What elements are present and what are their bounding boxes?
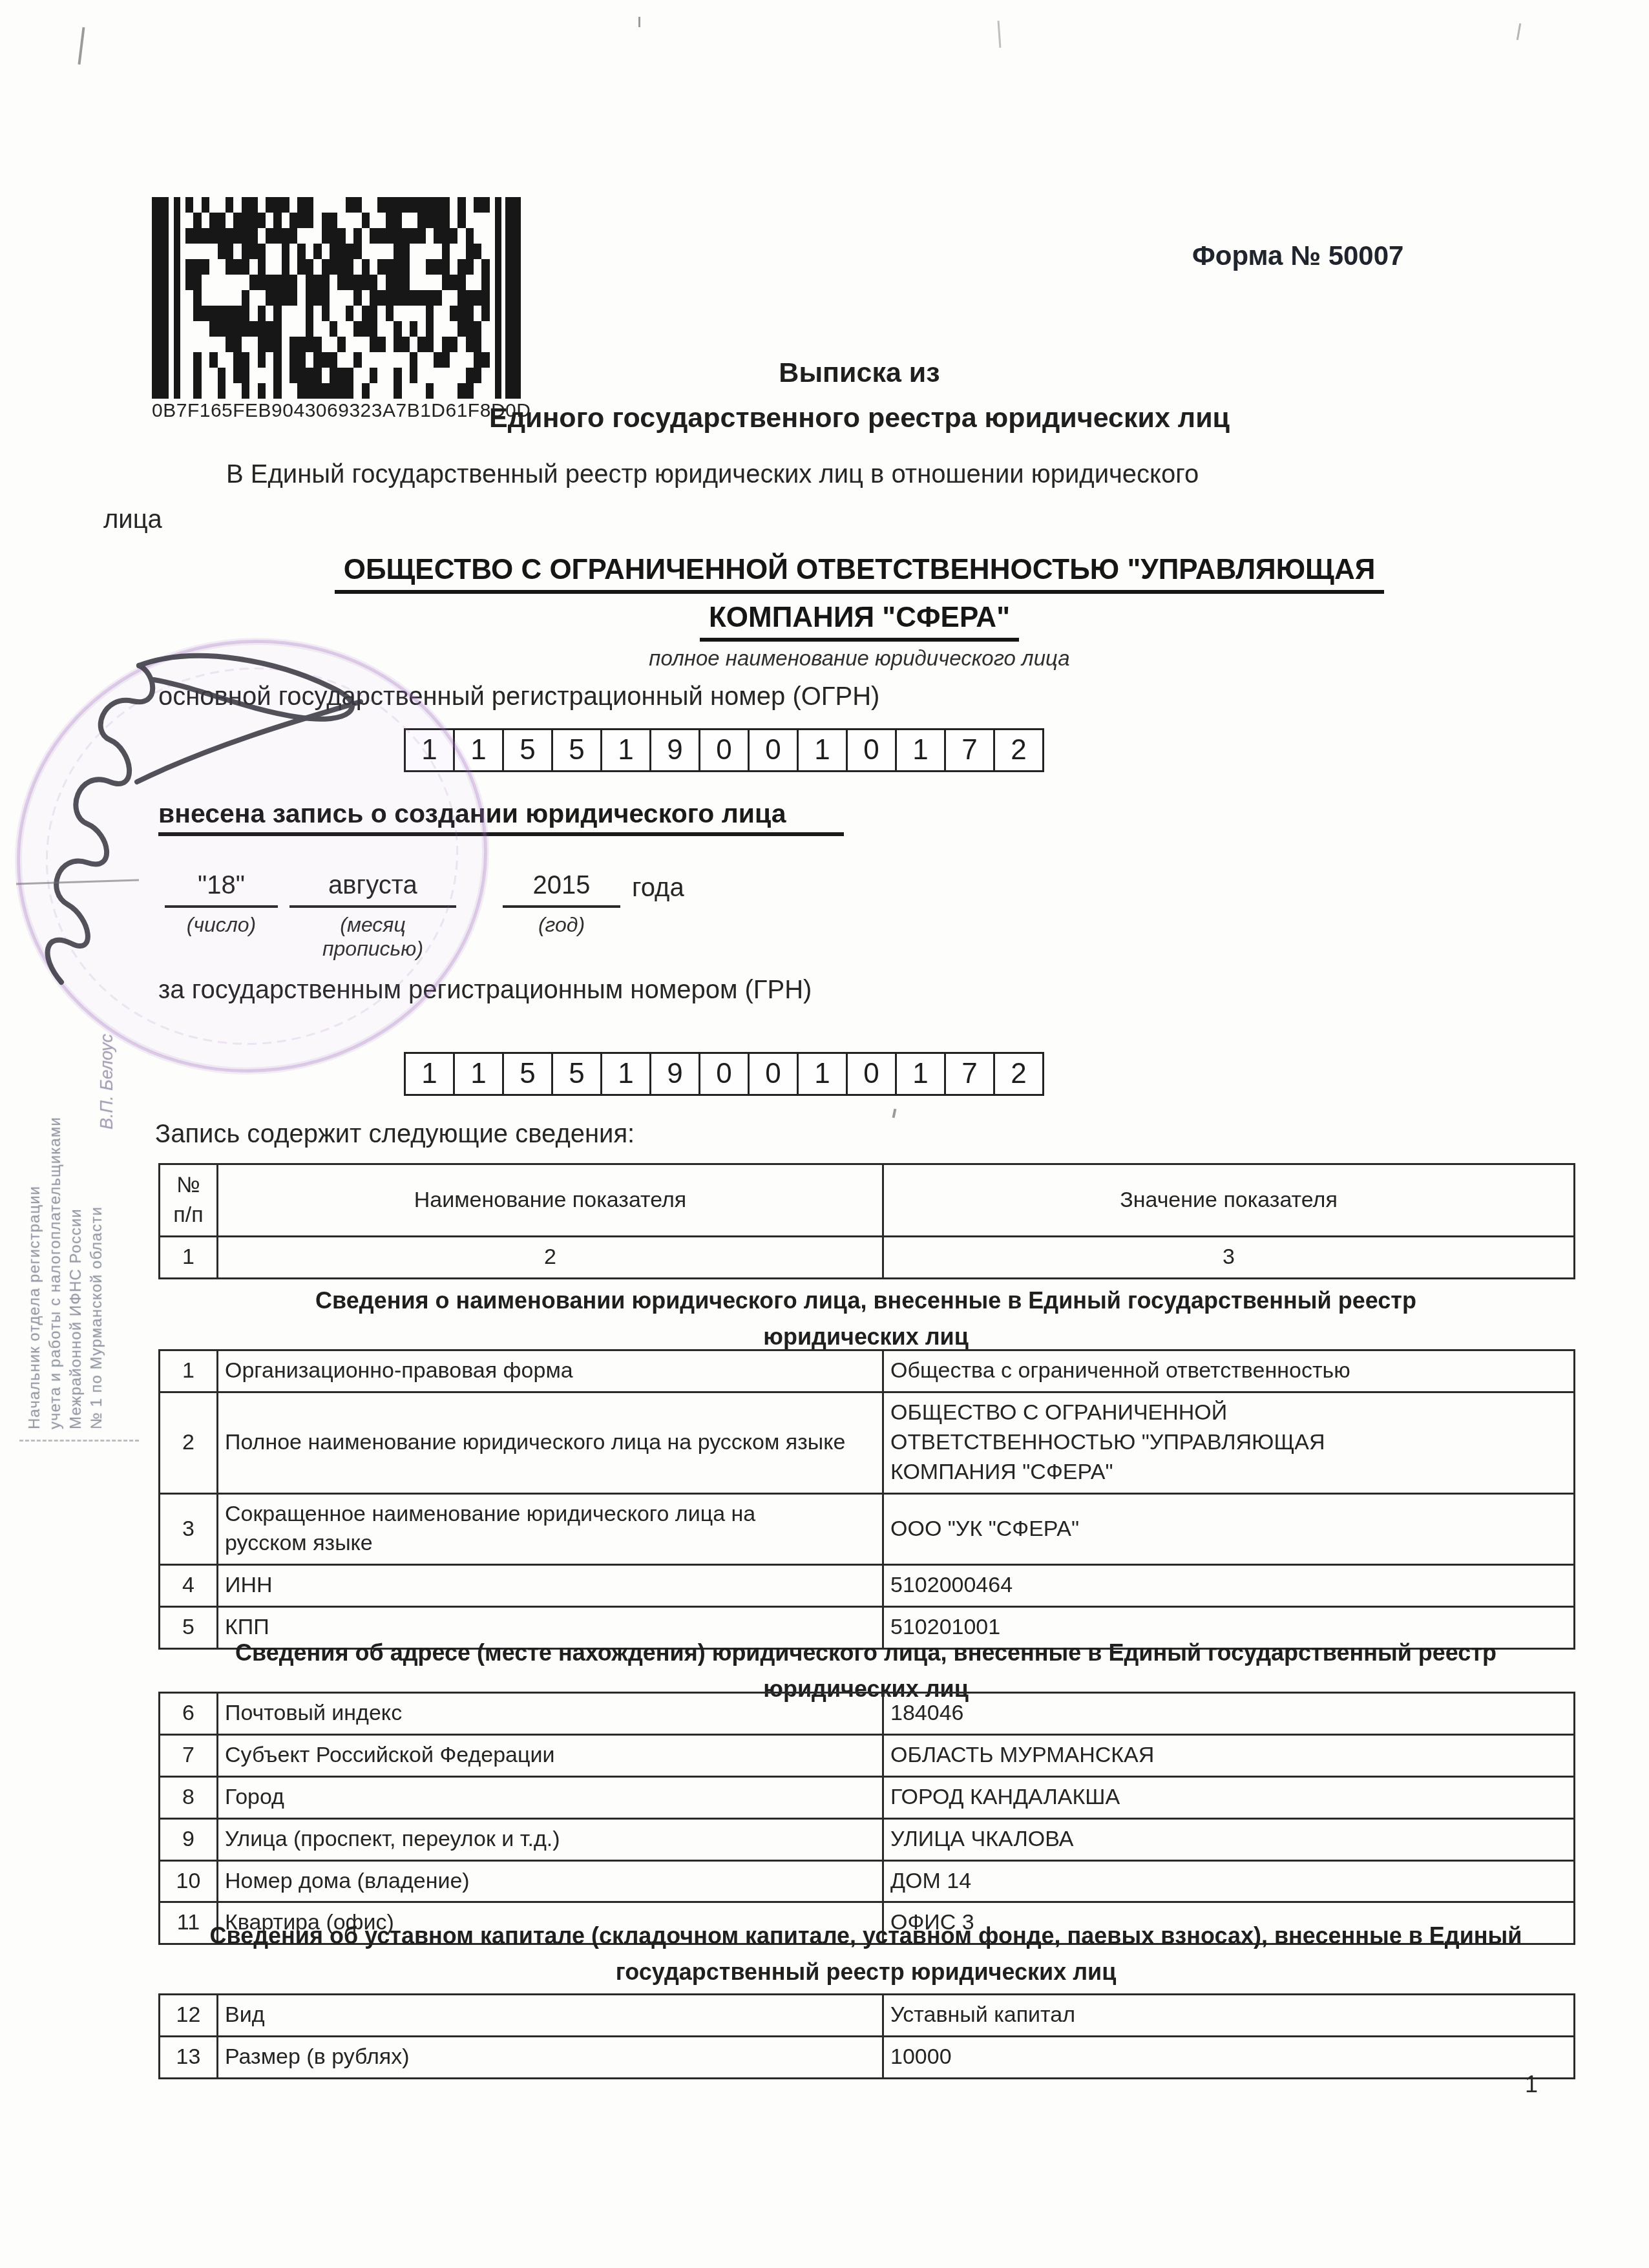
table-row: 6 Почтовый индекс 184046: [160, 1693, 1575, 1735]
digit-cell: 0: [846, 1052, 897, 1096]
stamp-official-name: В.П. Белоус: [97, 1034, 117, 1129]
stamp-text-line1: Начальник отдела регистрации: [26, 1186, 44, 1429]
row-name: Сокращенное наименование юридического ли…: [218, 1493, 883, 1565]
index-cell-3: 3: [883, 1237, 1575, 1279]
digit-cell: 1: [453, 728, 504, 772]
section-heading-name: Сведения о наименовании юридического лиц…: [268, 1283, 1464, 1355]
digit-cell: 5: [502, 728, 553, 772]
record-heading-text: внесена запись о создании юридического л…: [158, 799, 844, 836]
index-cell-1: 1: [160, 1237, 218, 1279]
row-num: 8: [160, 1776, 218, 1818]
row-value: УЛИЦА ЧКАЛОВА: [883, 1818, 1575, 1860]
digit-cell: 1: [797, 1052, 848, 1096]
row-value: 5102000464: [883, 1565, 1575, 1607]
digit-cell: 5: [551, 1052, 602, 1096]
table-row: 12 Вид Уставный капитал: [160, 1995, 1575, 2037]
digit-cell: 1: [404, 728, 455, 772]
date-month: августа: [289, 871, 456, 908]
digit-cell: 1: [404, 1052, 455, 1096]
digit-cell: 0: [698, 1052, 750, 1096]
form-number: Форма № 50007: [1192, 240, 1403, 271]
row-name: Размер (в рублях): [218, 2036, 883, 2078]
table-row: 10 Номер дома (владение) ДОМ 14: [160, 1860, 1575, 1902]
table-index-row: 1 2 3: [160, 1237, 1575, 1279]
document-title: Выписка из Единого государственного реес…: [194, 350, 1525, 441]
row-num: 2: [160, 1392, 218, 1493]
index-cell-2: 2: [218, 1237, 883, 1279]
row-name: Номер дома (владение): [218, 1860, 883, 1902]
table-row: 4 ИНН 5102000464: [160, 1565, 1575, 1607]
row-name: Почтовый индекс: [218, 1693, 883, 1735]
title-line2: Единого государственного реестра юридиче…: [194, 395, 1525, 441]
row-name: Субъект Российской Федерации: [218, 1734, 883, 1776]
header-name-cell: Наименование показателя: [218, 1164, 883, 1237]
digit-cell: 1: [797, 728, 848, 772]
row-num: 9: [160, 1818, 218, 1860]
scanned-document-page: { "form_number": "Форма № 50007", "barco…: [0, 0, 1649, 2268]
date-month-group: августа (месяц прописью): [289, 871, 456, 961]
digit-cell: 9: [649, 728, 700, 772]
header-num-bottom: п/п: [162, 1201, 215, 1230]
records-intro: Запись содержит следующие сведения:: [155, 1120, 635, 1149]
digit-cell: 1: [895, 728, 946, 772]
table-row: 8 Город ГОРОД КАНДАЛАКША: [160, 1776, 1575, 1818]
table-header-row: № п/п Наименование показателя Значение п…: [160, 1164, 1575, 1237]
scan-artifact: [638, 17, 640, 27]
stamp-text-line4: № 1 по Мурманской области: [88, 1206, 106, 1429]
section-table-address: 6 Почтовый индекс 184046 7 Субъект Росси…: [158, 1692, 1575, 1945]
row-num: 3: [160, 1493, 218, 1565]
row-name: Организационно-правовая форма: [218, 1350, 883, 1392]
row-name: Улица (проспект, переулок и т.д.): [218, 1818, 883, 1860]
digit-cell: 0: [748, 728, 799, 772]
table-row: 7 Субъект Российской Федерации ОБЛАСТЬ М…: [160, 1734, 1575, 1776]
grn-digit-boxes: 1155190010172: [404, 1052, 1044, 1096]
digit-cell: 5: [502, 1052, 553, 1096]
ogrn-digit-boxes: 1155190010172: [404, 728, 1044, 772]
date-day-group: "18" (число): [165, 871, 278, 937]
company-name: ОБЩЕСТВО С ОГРАНИЧЕННОЙ ОТВЕТСТВЕННОСТЬЮ…: [129, 546, 1590, 642]
section-heading-capital: Сведения об уставном капитале (складочно…: [207, 1918, 1525, 1990]
date-year: 2015: [503, 871, 620, 908]
row-num: 1: [160, 1350, 218, 1392]
table-row: 13 Размер (в рублях) 10000: [160, 2036, 1575, 2078]
scan-artifact: [78, 27, 85, 65]
row-num: 4: [160, 1565, 218, 1607]
stamp-text-line3: Межрайонной ИФНС России: [67, 1208, 85, 1429]
row-num: 7: [160, 1734, 218, 1776]
digit-cell: 9: [649, 1052, 700, 1096]
scan-artifact: [1517, 23, 1521, 40]
scan-artifact: [892, 1109, 897, 1118]
row-num: 10: [160, 1860, 218, 1902]
row-num: 12: [160, 1995, 218, 2037]
digit-cell: 7: [944, 728, 995, 772]
intro-line2: лица: [103, 505, 162, 534]
digit-cell: 5: [551, 728, 602, 772]
company-name-line1: ОБЩЕСТВО С ОГРАНИЧЕННОЙ ОТВЕТСТВЕННОСТЬЮ…: [335, 551, 1385, 594]
digit-cell: 1: [600, 1052, 651, 1096]
row-value: 184046: [883, 1693, 1575, 1735]
row-value: ГОРОД КАНДАЛАКША: [883, 1776, 1575, 1818]
table-row: 9 Улица (проспект, переулок и т.д.) УЛИЦ…: [160, 1818, 1575, 1860]
row-value: ОБЩЕСТВО С ОГРАНИЧЕННОЙ ОТВЕТСТВЕННОСТЬЮ…: [883, 1392, 1575, 1493]
date-month-label: (месяц прописью): [289, 913, 456, 961]
row-value: Общества с ограниченной ответственностью: [883, 1350, 1575, 1392]
scan-artifact: [998, 21, 1002, 48]
digit-cell: 1: [453, 1052, 504, 1096]
digit-cell: 7: [944, 1052, 995, 1096]
row-value: ОБЛАСТЬ МУРМАНСКАЯ: [883, 1734, 1575, 1776]
indicators-header-table: № п/п Наименование показателя Значение п…: [158, 1163, 1575, 1279]
row-value: ДОМ 14: [883, 1860, 1575, 1902]
stamp-text-line2: учета и работы с налогоплательщиками: [47, 1117, 65, 1429]
row-num: 13: [160, 2036, 218, 2078]
row-value: ООО "УК "СФЕРА": [883, 1493, 1575, 1565]
table-row: 2 Полное наименование юридического лица …: [160, 1392, 1575, 1493]
digit-cell: 0: [698, 728, 750, 772]
header-value-cell: Значение показателя: [883, 1164, 1575, 1237]
section-table-capital: 12 Вид Уставный капитал 13 Размер (в руб…: [158, 1993, 1575, 2079]
signature-baseline: [16, 880, 139, 884]
row-name: Город: [218, 1776, 883, 1818]
row-num: 6: [160, 1693, 218, 1735]
stamp-dashed-line: [19, 1440, 139, 1442]
company-name-line2: КОМПАНИЯ "СФЕРА": [700, 599, 1019, 642]
header-num-cell: № п/п: [160, 1164, 218, 1237]
row-num: 5: [160, 1607, 218, 1649]
title-line1: Выписка из: [194, 350, 1525, 395]
digit-cell: 1: [895, 1052, 946, 1096]
row-value: Уставный капитал: [883, 1995, 1575, 2037]
row-value: 10000: [883, 2036, 1575, 2078]
digit-cell: 1: [600, 728, 651, 772]
ogrn-label: основной государственный регистрационный…: [158, 682, 879, 711]
date-year-label: (год): [503, 913, 620, 937]
page-number: 1: [1525, 2071, 1538, 2098]
date-year-group: 2015 (год): [503, 871, 620, 937]
row-name: Полное наименование юридического лица на…: [218, 1392, 883, 1493]
row-name: Вид: [218, 1995, 883, 2037]
digit-cell: 0: [846, 728, 897, 772]
grn-label: за государственным регистрационным номер…: [158, 976, 812, 1005]
date-year-suffix: года: [632, 874, 684, 903]
date-day: "18": [165, 871, 278, 908]
table-row: 3 Сокращенное наименование юридического …: [160, 1493, 1575, 1565]
company-caption: полное наименование юридического лица: [129, 646, 1590, 671]
table-row: 1 Организационно-правовая форма Общества…: [160, 1350, 1575, 1392]
section-table-name: 1 Организационно-правовая форма Общества…: [158, 1349, 1575, 1650]
digit-cell: 2: [993, 1052, 1044, 1096]
digit-cell: 0: [748, 1052, 799, 1096]
row-name: ИНН: [218, 1565, 883, 1607]
digit-cell: 2: [993, 728, 1044, 772]
record-heading: внесена запись о создании юридического л…: [158, 799, 844, 829]
header-num-top: №: [162, 1171, 215, 1201]
date-day-label: (число): [165, 913, 278, 937]
intro-line1: В Единый государственный реестр юридичес…: [226, 460, 1199, 489]
